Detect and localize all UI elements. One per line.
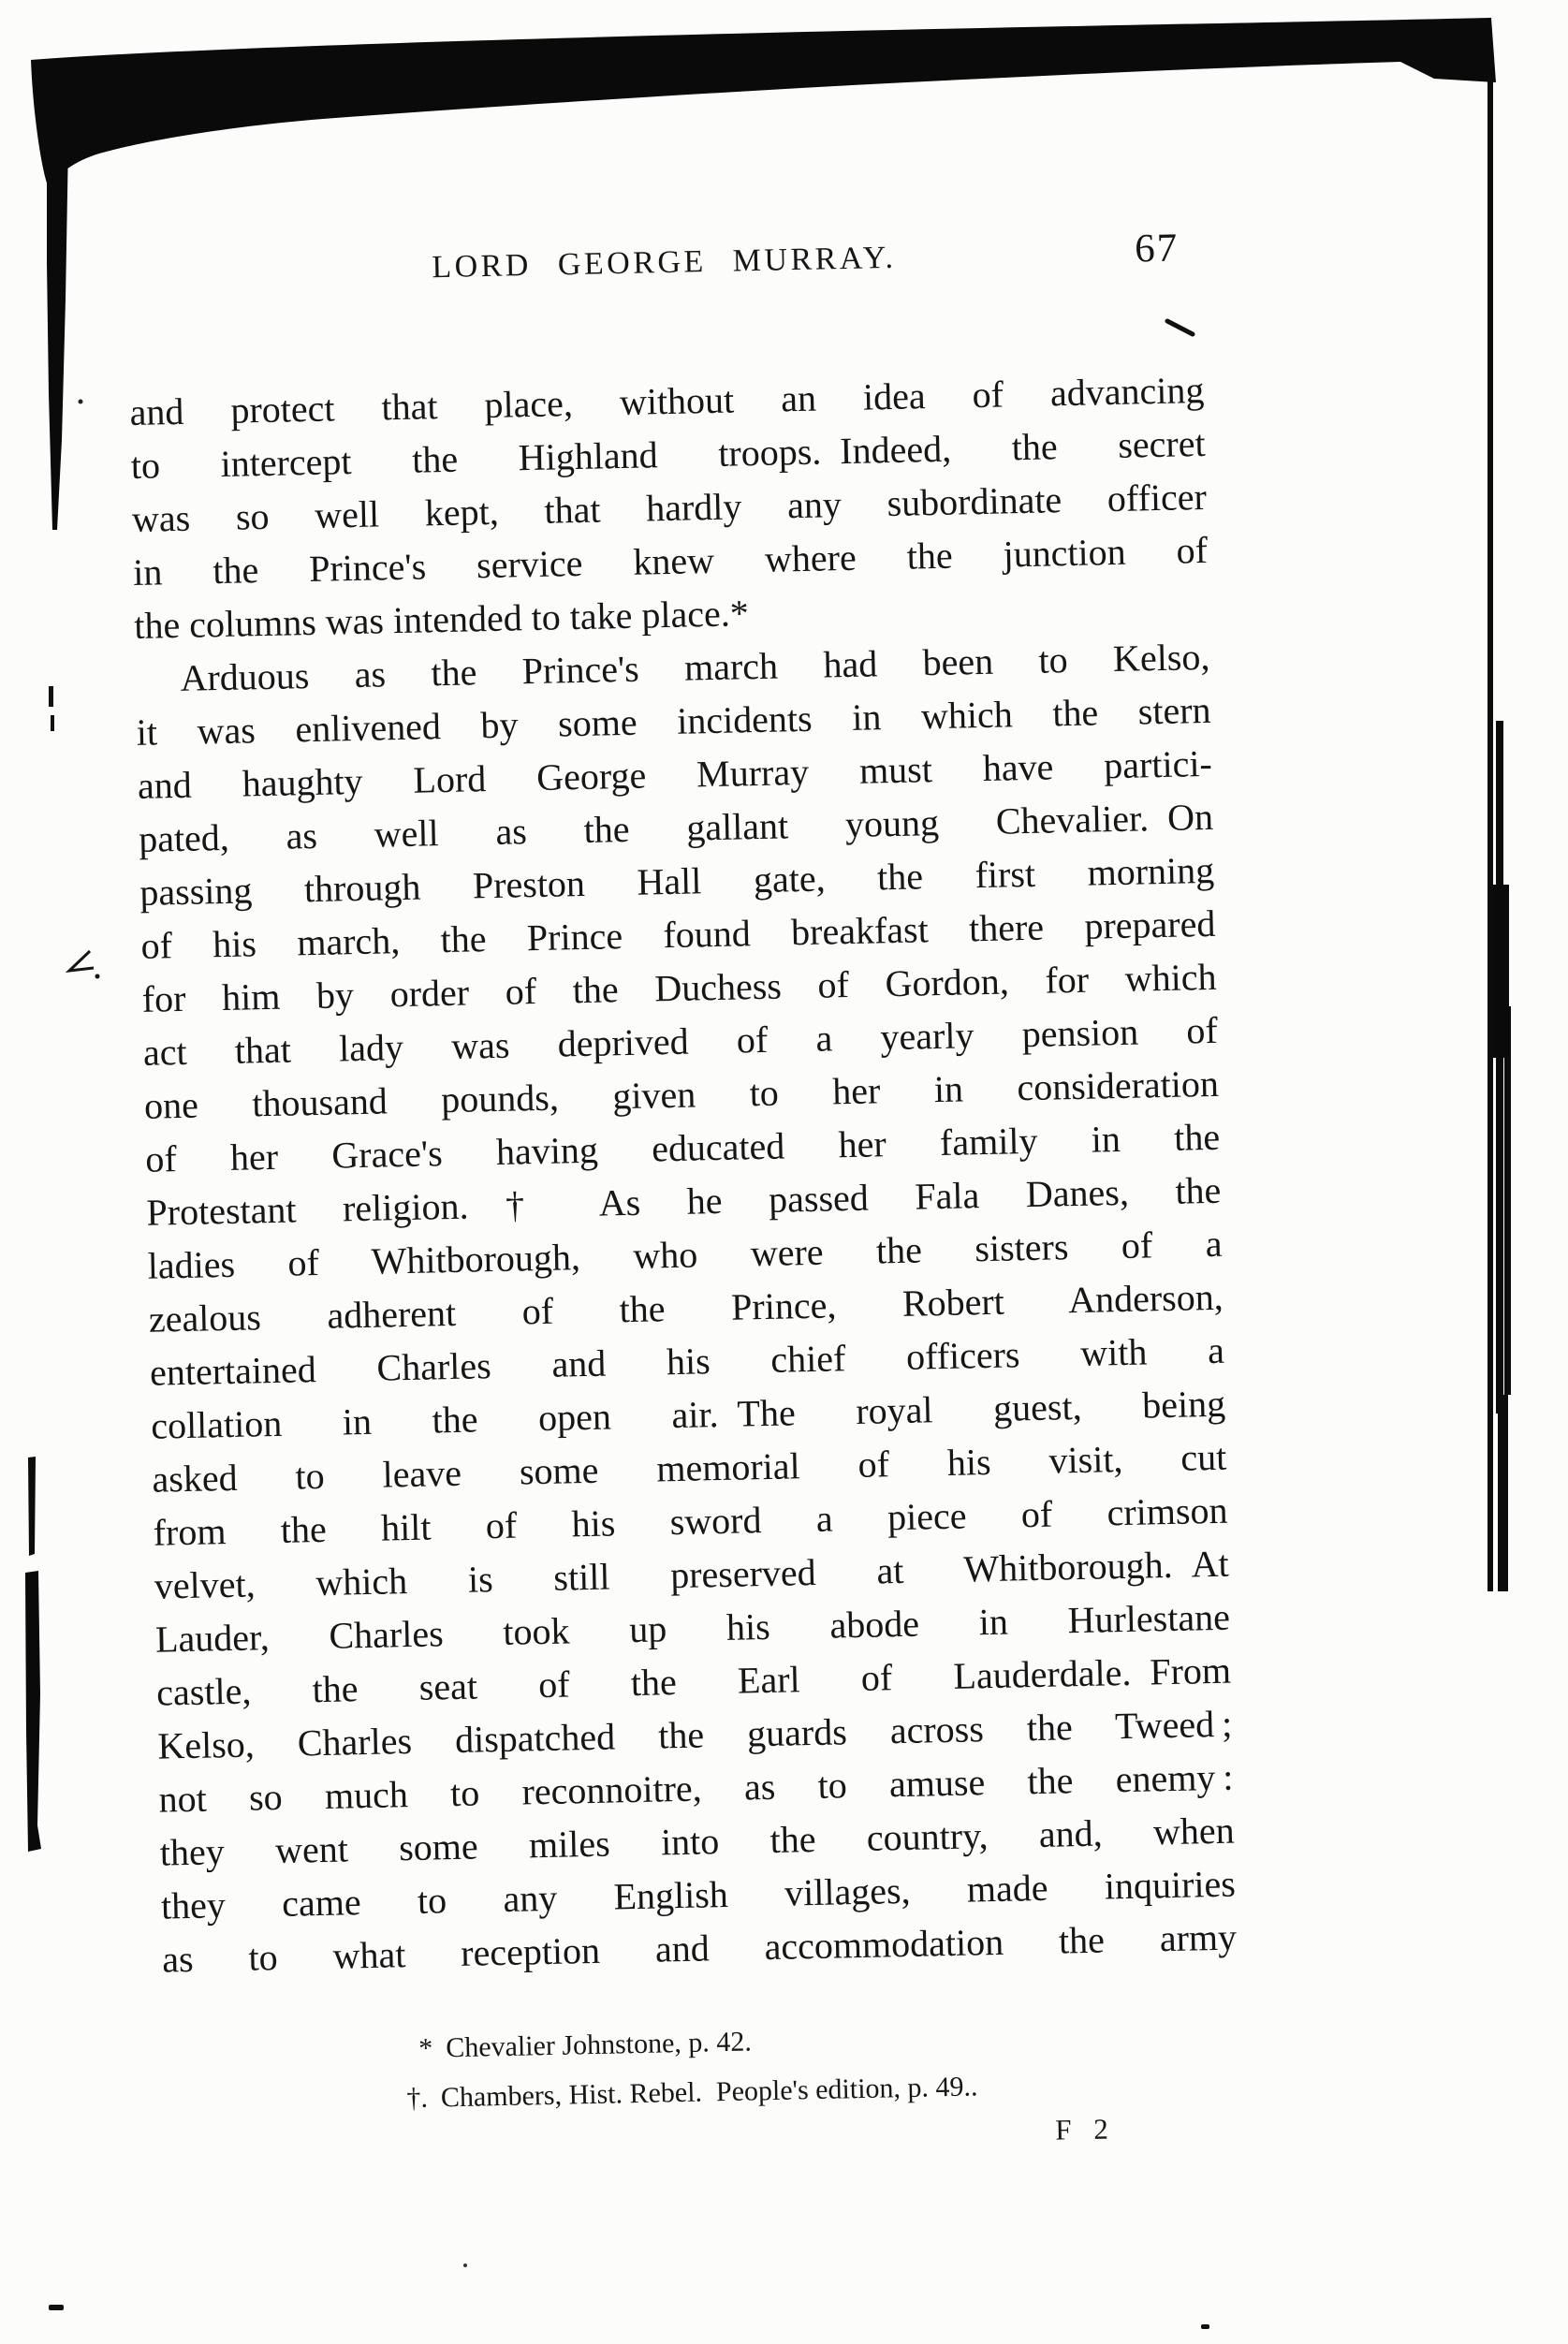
scan-artifact-top-band (31, 18, 1496, 188)
page-content: LORD GEORGE MURRAY. 67 and protect that … (126, 234, 1240, 2166)
scan-artifact-left-tail (47, 140, 68, 530)
scan-artifact-left-dash (49, 686, 53, 707)
footnotes: *Chevalier Johnstone, p. 42. †.Chambers,… (405, 2007, 1240, 2124)
scan-artifact-right-line (1496, 721, 1503, 1414)
paragraph: and protect that place, without an idea … (129, 363, 1209, 652)
scan-artifact-right-blob (1493, 885, 1509, 1058)
scan-artifact-binding-streak (25, 1571, 41, 1852)
footnote-text: Chevalier Johnstone, p. 42. (446, 2026, 752, 2063)
footnote-marker: * (418, 2033, 433, 2064)
scan-artifact-speck (49, 2305, 64, 2310)
scan-artifact-margin-mark (69, 951, 94, 971)
scan-artifact-right-line (1504, 1006, 1511, 1395)
scan-artifact-right-line (1498, 1395, 1508, 1591)
scan-artifact-left-dash (51, 715, 54, 731)
scan-artifact-right-line (1487, 79, 1493, 1591)
page-number: 67 (1135, 225, 1180, 271)
running-title: LORD GEORGE MURRAY. (432, 241, 897, 285)
paragraph: Arduous as the Prince's march had been t… (135, 630, 1238, 1986)
scan-artifact-dot (79, 400, 83, 404)
footnote-marker: †. (406, 2083, 428, 2114)
footnote-text: Chambers, Hist. Rebel. People's edition,… (441, 2071, 978, 2113)
page-header: LORD GEORGE MURRAY. 67 (126, 234, 1202, 316)
scanned-book-page: LORD GEORGE MURRAY. 67 and protect that … (0, 0, 1568, 2344)
scan-artifact-speck (1201, 2324, 1209, 2329)
scan-artifact-dot (95, 974, 100, 979)
scan-artifact-dot (463, 2263, 467, 2267)
body-text: and protect that place, without an idea … (129, 363, 1238, 1986)
signature-mark: F 2 (1055, 2110, 1241, 2147)
scan-artifact-binding-streak (28, 1457, 36, 1556)
